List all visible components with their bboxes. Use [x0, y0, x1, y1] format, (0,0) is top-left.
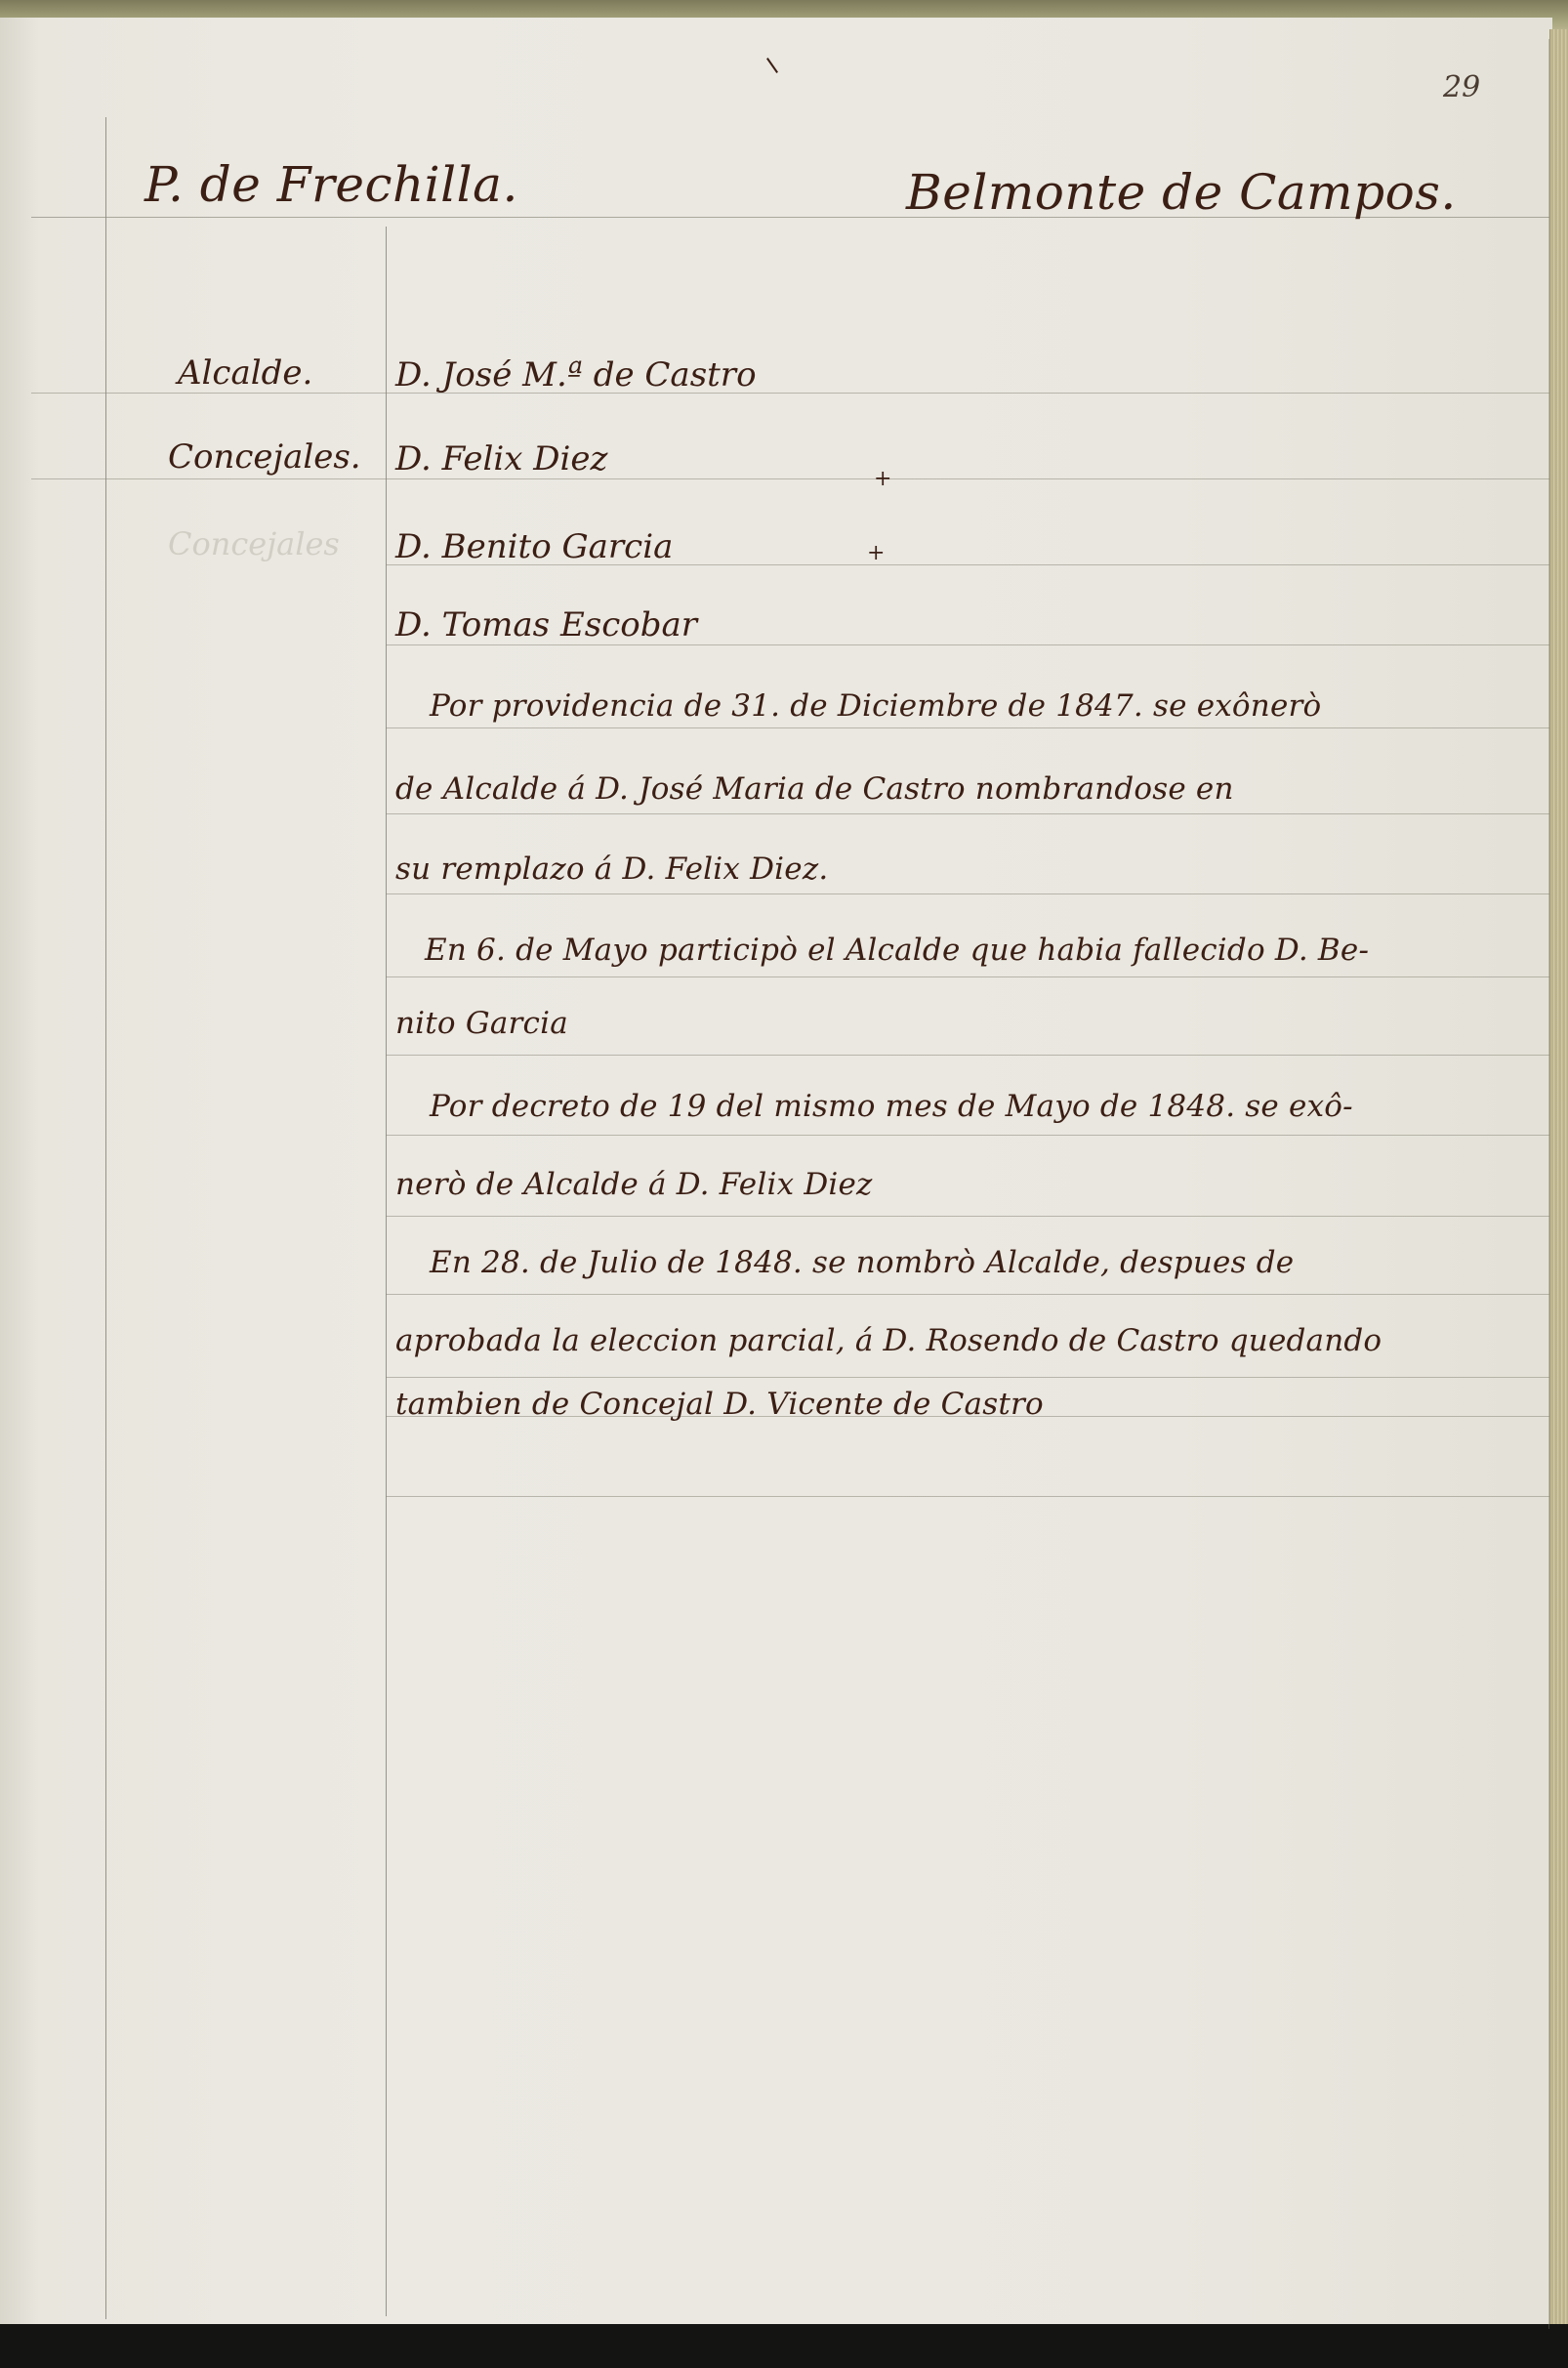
page-number: 29: [1443, 70, 1480, 104]
ruled-line: [386, 1135, 1549, 1136]
ruled-line: [386, 644, 1549, 645]
note-line: tambien de Concejal D. Vicente de Castro: [395, 1387, 1044, 1422]
mayor-name: D. José M.ª de Castro: [395, 355, 757, 395]
note-line: En 28. de Julio de 1848. se nombrò Alcal…: [430, 1245, 1294, 1280]
ruled-line: [386, 1294, 1549, 1295]
ruled-line: [386, 1496, 1549, 1497]
ruled-line: [31, 478, 1549, 479]
ruled-line: [386, 727, 1549, 728]
deceased-cross-mark: +: [867, 541, 885, 565]
ruled-line: [386, 813, 1549, 814]
ruled-line: [386, 1216, 1549, 1217]
ruled-line: [386, 1055, 1549, 1056]
deceased-cross-mark: +: [874, 467, 891, 491]
note-line: nerò de Alcalde á D. Felix Diez: [395, 1167, 873, 1202]
note-line: aprobada la eleccion parcial, á D. Rosen…: [395, 1323, 1382, 1358]
right-edge-rule: [1548, 39, 1549, 2329]
ruled-line: [386, 1377, 1549, 1378]
councillors-label: Concejales.: [168, 437, 361, 477]
councillor-entry: D. Tomas Escobar: [395, 605, 697, 644]
municipality-heading: Belmonte de Campos.: [906, 164, 1457, 221]
note-line: Por providencia de 31. de Diciembre de 1…: [430, 688, 1321, 724]
left-margin-rule: [105, 117, 106, 2319]
ruled-line: [386, 893, 1549, 894]
page-fore-edge: [1549, 29, 1568, 2368]
district-heading: P. de Frechilla.: [144, 156, 518, 213]
note-line: Por decreto de 19 del mismo mes de Mayo …: [430, 1089, 1353, 1124]
ruled-line: [31, 393, 1549, 394]
ruled-line: [386, 976, 1549, 977]
councillor-entry: D. Benito Garcia: [395, 527, 673, 566]
mayor-label: Alcalde.: [178, 353, 312, 393]
councillor-entry: D. Felix Diez: [395, 439, 607, 478]
note-line: su remplazo á D. Felix Diez.: [395, 852, 828, 887]
column-divider-rule: [386, 227, 387, 2316]
note-line: nito Garcia: [395, 1006, 568, 1041]
book-bottom-shadow: [0, 2324, 1568, 2368]
bleed-through-text: Concejales: [168, 525, 340, 562]
note-line: de Alcalde á D. José Maria de Castro nom…: [395, 771, 1234, 807]
note-line: En 6. de Mayo participò el Alcalde que h…: [425, 933, 1369, 968]
